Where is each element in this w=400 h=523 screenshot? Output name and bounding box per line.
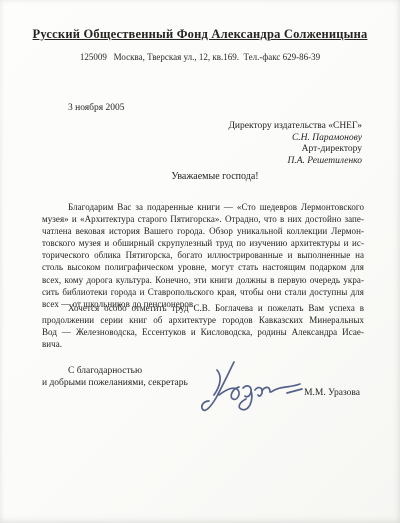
paragraph-line: продолжении серии книг об архитектуре го… — [42, 314, 364, 326]
paragraph-line: столь высоком полиграфическом уровне, мо… — [42, 261, 364, 273]
handwritten-signature — [197, 357, 305, 421]
paragraph-line: товского музея и обширный скрупулезный т… — [42, 237, 364, 249]
salutation: Уважаемые господа! — [60, 171, 370, 182]
paragraph-line: торического облика Пятигорска, богато ил… — [42, 249, 364, 261]
paragraph-1: Благодарим Вас за подаренные книги — «Ст… — [42, 201, 364, 310]
paragraph-line: Благодарим Вас за подаренные книги — «Ст… — [42, 201, 364, 213]
letterhead-contact: 125009 Москва, Тверская ул., 12, кв.169.… — [0, 52, 400, 62]
paragraph-line: музея» и «Архитектура старого Пятигорска… — [42, 213, 364, 225]
letter-page: Русский Общественный Фонд Александра Сол… — [0, 0, 400, 523]
paragraph-line: Вод — Железноводска, Ессентуков и Кислов… — [42, 326, 364, 338]
paragraph-line: сить библиотеки города и Ставропольского… — [42, 286, 364, 298]
closing-line-2: и добрыми пожеланиями, секретарь — [42, 378, 188, 388]
paragraph-line: вича. — [42, 338, 364, 350]
paragraph-line: Хочется особо отметить труд С.В. Боглаче… — [42, 302, 364, 314]
signer-name: М.М. Уразова — [304, 388, 360, 398]
paragraph-line: всех, кому дорога культура. Конечно, эти… — [42, 274, 364, 286]
recipient-name-1: С.Н. Парамонову — [228, 133, 362, 145]
recipient-block: Директору издательства «СНЕГ» С.Н. Парам… — [228, 121, 362, 167]
letterhead-organization: Русский Общественный Фонд Александра Сол… — [0, 27, 400, 42]
letter-date: 3 ноября 2005 — [68, 103, 124, 113]
recipient-title-1: Директору издательства «СНЕГ» — [228, 121, 362, 133]
paragraph-2: Хочется особо отметить труд С.В. Боглаче… — [42, 302, 364, 350]
recipient-title-2: Арт-директору — [228, 144, 362, 156]
closing-line-1: С благодарностью — [68, 366, 142, 376]
recipient-name-2: П.А. Решетиленко — [228, 156, 362, 168]
paragraph-line: чатлена вековая история Вашего города. О… — [42, 225, 364, 237]
